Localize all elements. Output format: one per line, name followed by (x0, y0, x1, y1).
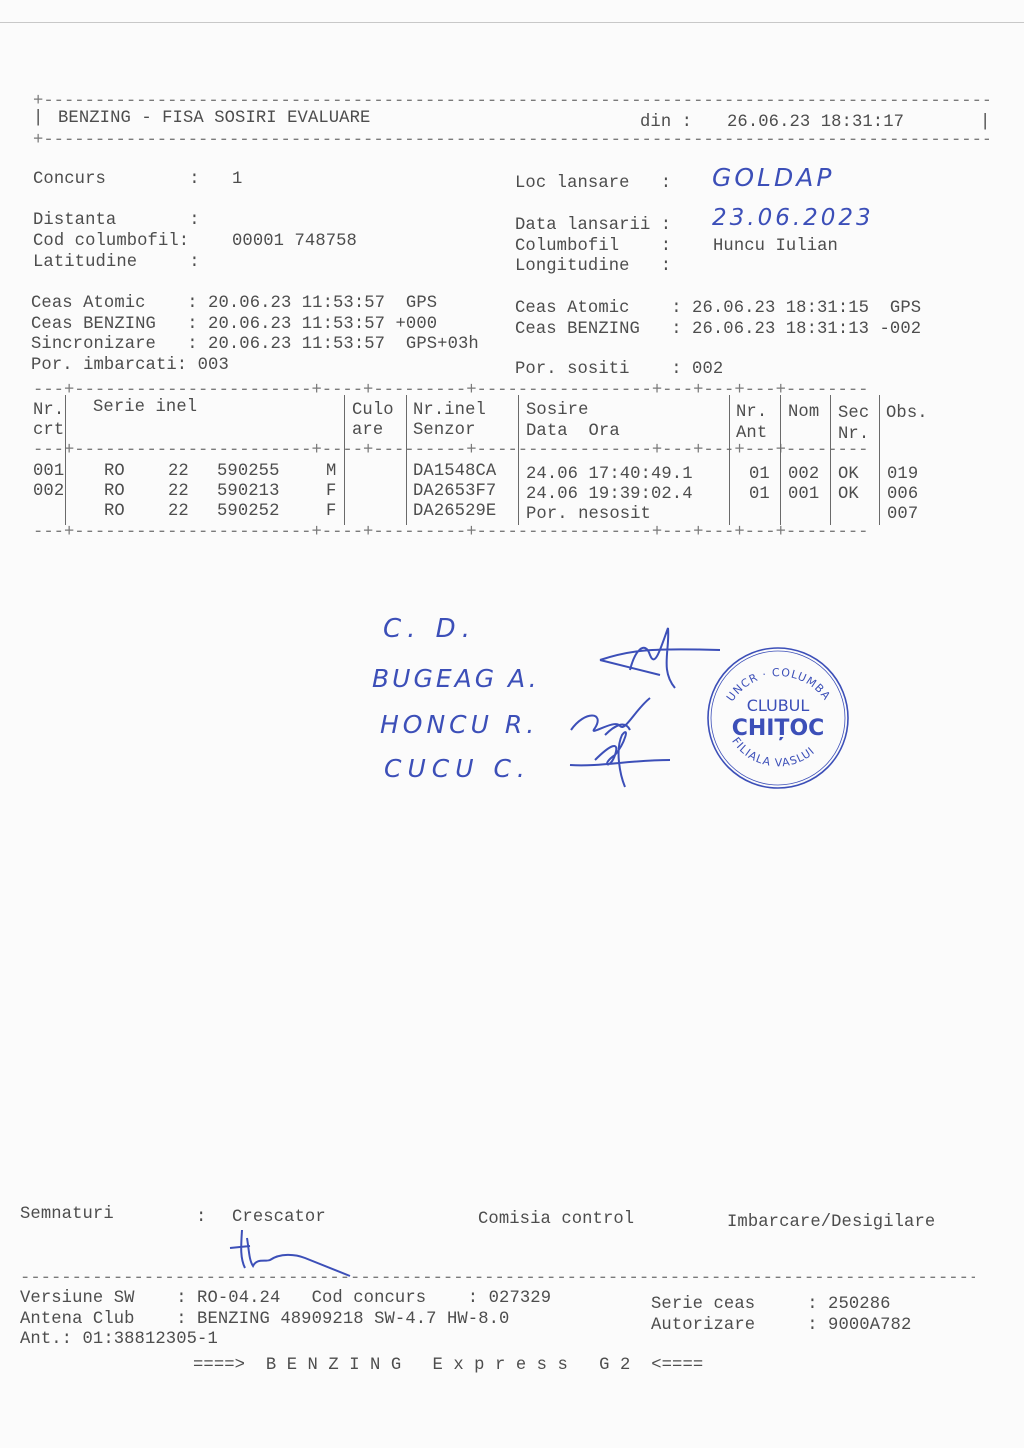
por-sositi: Por. sositi : 002 (515, 359, 723, 380)
svg-text:CHIȚOC: CHIȚOC (732, 716, 825, 741)
col-header-obs: Obs. (886, 403, 928, 424)
signature-crescator-label: Crescator (232, 1207, 326, 1228)
latitudine-label: Latitudine : (33, 252, 200, 273)
cell-year: 22 (168, 461, 189, 482)
cell-sensor: DA1548CA (413, 461, 496, 482)
concurs-label: Concurs : (33, 169, 200, 190)
ceas-atomic-start: Ceas Atomic : 20.06.23 11:53:57 GPS (31, 293, 437, 314)
col-separator (729, 395, 730, 525)
cell-ring-number: 590255 (217, 461, 280, 482)
col-header-serie: Serie inel (93, 397, 197, 418)
columbofil-value: Huncu Iulian (713, 236, 838, 257)
distanta-label: Distanta : (33, 210, 200, 231)
committee-member-3: CUCU C. (384, 754, 531, 783)
col-header-nr-inel-1: Nr.inel (413, 400, 486, 421)
signature-scribble-3 (560, 725, 680, 790)
concurs-value: 1 (232, 169, 242, 190)
cod-columbofil-value: 00001 748758 (232, 231, 357, 252)
ceas-benzing-end: Ceas BENZING : 26.06.23 18:31:13 -002 (515, 319, 921, 340)
col-separator (406, 395, 407, 525)
col-header-nr-ant-1: Nr. (736, 402, 767, 423)
club-stamp: UNCR · COLUMBA FILIALA VASLUI CLUBUL CHI… (703, 643, 853, 788)
table-border-bottom: ---+-----------------------+----+-------… (33, 522, 983, 543)
col-separator (344, 395, 345, 525)
signature-comisia-label: Comisia control (478, 1209, 634, 1230)
cell-nr: 001 (33, 461, 64, 482)
col-header-nr-inel-2: Senzor (413, 420, 476, 441)
col-separator (830, 395, 831, 525)
cell-nr: 002 (33, 481, 64, 502)
document-title: BENZING - FISA SOSIRI EVALUARE (58, 108, 370, 129)
svg-text:CLUBUL: CLUBUL (747, 696, 810, 715)
committee-title: C. D. (383, 614, 476, 644)
loc-lansare-handwritten: GOLDAP (712, 163, 834, 192)
longitudine-label: Longitudine : (515, 256, 671, 277)
ceas-atomic-end: Ceas Atomic : 26.06.23 18:31:15 GPS (515, 298, 921, 319)
col-header-sosire-2: Data Ora (526, 421, 620, 442)
signatures-label: Semnaturi (20, 1204, 114, 1225)
footer-brand-line: ====> B E N Z I N G E x p r e s s G 2 <=… (193, 1355, 703, 1376)
cell-sensor: DA26529E (413, 501, 496, 522)
footer-versiune-sw: Versiune SW : RO-04.24 Cod concurs : 027… (20, 1288, 551, 1309)
signature-imbarcare-label: Imbarcare/Desigilare (727, 1212, 935, 1233)
header-border-left: | (33, 108, 43, 129)
signatures-colon: : (196, 1207, 206, 1228)
cell-arrival: 24.06 17:40:49.1 (526, 464, 693, 485)
cell-sensor: DA2653F7 (413, 481, 496, 502)
por-imbarcati: Por. imbarcati: 003 (31, 355, 229, 376)
scan-edge-line (0, 22, 1024, 23)
col-header-sec-1: Sec (838, 403, 869, 424)
committee-member-1: BUGEAG A. (372, 664, 540, 693)
footer-separator: ----------------------------------------… (20, 1268, 975, 1289)
cell-year: 22 (168, 501, 189, 522)
col-header-culoare-2: are (352, 420, 383, 441)
cell-arrival: 24.06 19:39:02.4 (526, 484, 693, 505)
cell-ring-number: 590252 (217, 501, 280, 522)
cell-sex: F (326, 501, 336, 522)
col-separator (65, 395, 66, 525)
cell-sec: OK (838, 464, 859, 485)
col-separator (780, 395, 781, 525)
cell-ring-number: 590213 (217, 481, 280, 502)
cell-sec: OK (838, 484, 859, 505)
columbofil-label: Columbofil : (515, 236, 671, 257)
header-border-bottom: +---------------------------------------… (33, 130, 989, 151)
cell-nom: 001 (788, 484, 819, 505)
sincronizare: Sincronizare : 20.06.23 11:53:57 GPS+03h (31, 334, 479, 355)
cell-antenna: 01 (749, 464, 770, 485)
cell-obs: 006 (887, 484, 918, 505)
col-header-culoare-1: Culo (352, 400, 394, 421)
loc-lansare-label: Loc lansare : (515, 173, 671, 194)
cell-sex: M (326, 461, 336, 482)
table-header-separator: ---+-----------------------+----+-------… (33, 440, 983, 461)
cell-antenna: 01 (749, 484, 770, 505)
col-separator (879, 395, 880, 525)
cell-country: RO (104, 481, 125, 502)
data-lansarii-handwritten: 23.06.2023 (712, 205, 874, 231)
data-lansarii-label: Data lansarii : (515, 215, 671, 236)
col-header-sosire-1: Sosire (526, 400, 589, 421)
col-header-nom: Nom (788, 402, 819, 423)
footer-antena-club: Antena Club : BENZING 48909218 SW-4.7 HW… (20, 1309, 509, 1330)
ceas-benzing-start: Ceas BENZING : 20.06.23 11:53:57 +000 (31, 314, 437, 335)
cell-year: 22 (168, 481, 189, 502)
cell-obs: 019 (887, 464, 918, 485)
footer-ant: Ant.: 01:38812305-1 (20, 1329, 218, 1350)
cell-nom: 002 (788, 464, 819, 485)
cell-country: RO (104, 461, 125, 482)
committee-member-2: HONCU R. (380, 710, 538, 739)
col-header-nr-2: crt (33, 420, 64, 441)
cell-country: RO (104, 501, 125, 522)
col-separator (518, 395, 519, 525)
cod-columbofil-label: Cod columbofil: (33, 231, 189, 252)
footer-autorizare: Autorizare : 9000A782 (651, 1315, 911, 1336)
col-header-nr-1: Nr. (33, 400, 64, 421)
footer-serie-ceas: Serie ceas : 250286 (651, 1294, 891, 1315)
cell-sex: F (326, 481, 336, 502)
